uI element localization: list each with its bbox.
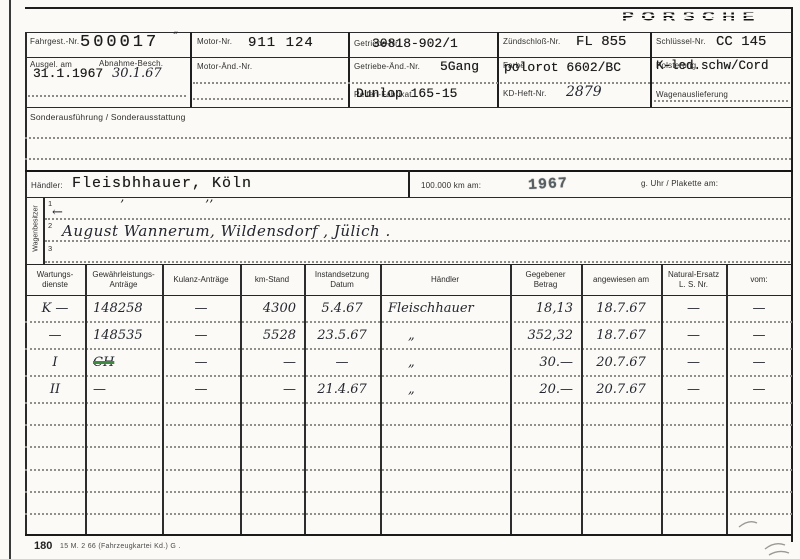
owner-strip-divider	[43, 197, 45, 264]
table-column-line	[240, 265, 242, 534]
cell-vom: —	[726, 355, 792, 370]
service-booklet-number-label: KD-Heft-Nr.	[503, 89, 547, 98]
cell-kulanz: —	[162, 328, 240, 343]
ignition-lock-number-label: Zündschloß-Nr.	[503, 37, 560, 46]
table-row: II — — — 21.4.67 „ 20.— 20.7.67 — —	[25, 377, 792, 404]
table-empty-row	[25, 426, 792, 448]
grid-row1-line	[25, 57, 793, 58]
cell-kulanz: —	[162, 301, 240, 316]
dotted-line	[28, 95, 186, 97]
table-column-line	[380, 265, 382, 534]
cell-naturalersatz: —	[661, 301, 726, 316]
cell-wartung: II	[25, 382, 85, 397]
cell-gewaehr: 148535	[85, 328, 162, 343]
cell-vom: —	[726, 301, 792, 316]
chassis-number-value: 500017	[80, 33, 159, 52]
porsche-logo: PORSCHE	[622, 9, 790, 30]
table-column-line	[162, 265, 164, 534]
table-empty-rows	[25, 404, 792, 537]
scan-edge-line	[9, 0, 11, 559]
cell-vom: —	[726, 382, 792, 397]
cell-datum: 21.4.67	[304, 382, 380, 397]
dotted-line	[45, 240, 790, 242]
dealer-box-divider	[408, 170, 410, 198]
dotted-line	[193, 98, 343, 100]
table-column-line	[85, 265, 87, 534]
grid-divider-2	[348, 32, 350, 107]
cell-haendler: „	[380, 355, 510, 370]
porsche-logo-text: PORSCHE	[622, 9, 798, 25]
cell-gewaehr-struck: CH	[85, 355, 162, 370]
cell-betrag: 352,32	[510, 328, 581, 343]
table-row: — 148535 — 5528 23.5.67 „ 352,32 18.7.67…	[25, 323, 792, 350]
owner-row1-tick: ’	[120, 198, 124, 213]
cell-datum: 5.4.67	[304, 301, 380, 316]
col-header-gewaehrleistung: Gewährleistungs- Anträge	[85, 265, 162, 295]
table-empty-row	[25, 493, 792, 515]
col-header-vom: vom:	[726, 265, 792, 295]
grid-divider-1	[190, 32, 192, 107]
table-column-line	[581, 265, 583, 534]
cell-haendler: „	[380, 382, 510, 397]
key-number-value: CC 145	[716, 34, 766, 50]
upholstery-value: K-led.schw/Cord	[656, 59, 769, 73]
cell-gewaehr: 148258	[85, 301, 162, 316]
owner-row2-number: 2	[48, 221, 52, 230]
cell-haendler: Fleischhauer	[380, 301, 510, 316]
gearbox-mod-number-label: Getriebe-Änd.-Nr.	[354, 62, 420, 71]
col-header-betrag: Gegebener Betrag	[510, 265, 581, 295]
dotted-line	[654, 100, 788, 102]
owner-row2-text: August Wannerum, Wildensdorf , Jülich .	[62, 222, 391, 240]
col-header-instandsetzung: Instandsetzung Datum	[304, 265, 380, 295]
cell-betrag: 30.—	[510, 355, 581, 370]
cell-wartung: I	[25, 355, 85, 370]
cell-angewiesen: 18.7.67	[581, 328, 661, 343]
cell-km: —	[240, 355, 304, 370]
cell-kulanz: —	[162, 355, 240, 370]
gearbox-mod-number-value: 5Gang	[440, 59, 479, 74]
dotted-line	[25, 158, 791, 160]
service-table: Wartungs- dienste Gewährleistungs- Anträ…	[25, 264, 792, 536]
delivered-date-value: 31.1.1967	[33, 66, 103, 81]
gearbox-number-value: 30818-902/1	[372, 36, 458, 51]
cell-betrag: 20.—	[510, 382, 581, 397]
vehicle-delivery-label: Wagenauslieferung	[656, 90, 728, 99]
cell-wartung: —	[25, 328, 85, 343]
table-header-row: Wartungs- dienste Gewährleistungs- Anträ…	[25, 265, 792, 296]
table-column-line	[726, 265, 728, 534]
service-booklet-number-value: 2879	[566, 84, 602, 100]
km100000-stamp: 1967	[528, 175, 569, 194]
cell-haendler: „	[380, 328, 510, 343]
cell-vom: —	[726, 328, 792, 343]
engine-number-label: Motor-Nr.	[197, 37, 232, 46]
owner-row1-mark: ←	[52, 205, 63, 220]
cell-km: 4300	[240, 301, 304, 316]
chassis-number-mark: ”	[173, 31, 178, 42]
table-empty-row	[25, 515, 792, 537]
key-number-label: Schlüssel-Nr.	[656, 37, 706, 46]
cell-naturalersatz: —	[661, 328, 726, 343]
acceptance-cert-value: 30.1.67	[112, 66, 162, 81]
col-header-kmstand: km-Stand	[240, 265, 304, 295]
cell-kulanz: —	[162, 382, 240, 397]
cell-naturalersatz: —	[661, 382, 726, 397]
table-empty-row	[25, 404, 792, 426]
table-empty-row	[25, 448, 792, 470]
col-header-angewiesen: angewiesen am	[581, 265, 661, 295]
cell-angewiesen: 20.7.67	[581, 355, 661, 370]
clock-plaque-label: g. Uhr / Plakette am:	[641, 179, 718, 188]
km100000-label: 100.000 km am:	[421, 181, 481, 190]
table-column-line	[510, 265, 512, 534]
cell-datum: —	[304, 355, 380, 370]
table-column-line	[661, 265, 663, 534]
engine-mod-number-label: Motor-Änd.-Nr.	[197, 62, 252, 71]
scanned-vehicle-record-card: PORSCHE Fahrgest.-Nr. 500017 ” Ausgel. a…	[0, 0, 800, 559]
dotted-line	[45, 261, 790, 263]
cell-angewiesen: 18.7.67	[581, 301, 661, 316]
table-empty-row	[25, 471, 792, 493]
dealer-box-bottom-line	[25, 197, 793, 198]
dotted-line	[45, 218, 790, 220]
cell-km: 5528	[240, 328, 304, 343]
grid-divider-3	[497, 32, 499, 107]
col-header-naturalersatz: Natural-Ersatz L. S. Nr.	[661, 265, 726, 295]
paint-color-value: polorot 6602/BC	[504, 60, 621, 75]
col-header-kulanz: Kulanz-Anträge	[162, 265, 240, 295]
table-row: I CH — — — „ 30.— 20.7.67 — —	[25, 350, 792, 377]
tire-brand-value: Dunlop 165-15	[356, 86, 457, 101]
col-header-haendler: Händler	[380, 265, 510, 295]
cell-km: —	[240, 382, 304, 397]
form-imprint: 15 M. 2 66 (Fahrzeugkartei Kd.) G .	[60, 543, 181, 550]
ignition-lock-number-value: FL 855	[576, 34, 626, 50]
pencil-scribble	[735, 515, 793, 557]
cell-angewiesen: 20.7.67	[581, 382, 661, 397]
cell-gewaehr: —	[85, 382, 162, 397]
special-equipment-label: Sonderausführung / Sonderausstattung	[30, 112, 186, 122]
owner-row3-number: 3	[48, 244, 52, 253]
chassis-number-label: Fahrgest.-Nr.	[30, 37, 79, 46]
dotted-line	[193, 82, 790, 84]
form-number: 180	[34, 540, 52, 552]
grid-bottom-line	[25, 107, 793, 108]
dealer-label: Händler:	[31, 181, 63, 190]
cell-wartung: K —	[25, 301, 85, 316]
dotted-line	[25, 137, 791, 139]
table-row: K — 148258 — 4300 5.4.67 Fleischhauer 18…	[25, 296, 792, 323]
col-header-wartungsdienste: Wartungs- dienste	[25, 265, 85, 295]
cell-datum: 23.5.67	[304, 328, 380, 343]
dealer-value: Fleisbhhauer, Köln	[72, 175, 252, 192]
cell-naturalersatz: —	[661, 355, 726, 370]
table-column-line	[304, 265, 306, 534]
cell-betrag: 18,13	[510, 301, 581, 316]
engine-number-value: 911 124	[248, 35, 314, 51]
owner-side-label: Wagenbesitzer	[33, 199, 40, 259]
grid-divider-4	[650, 32, 652, 107]
owner-row1-tick: ’’	[205, 198, 213, 213]
